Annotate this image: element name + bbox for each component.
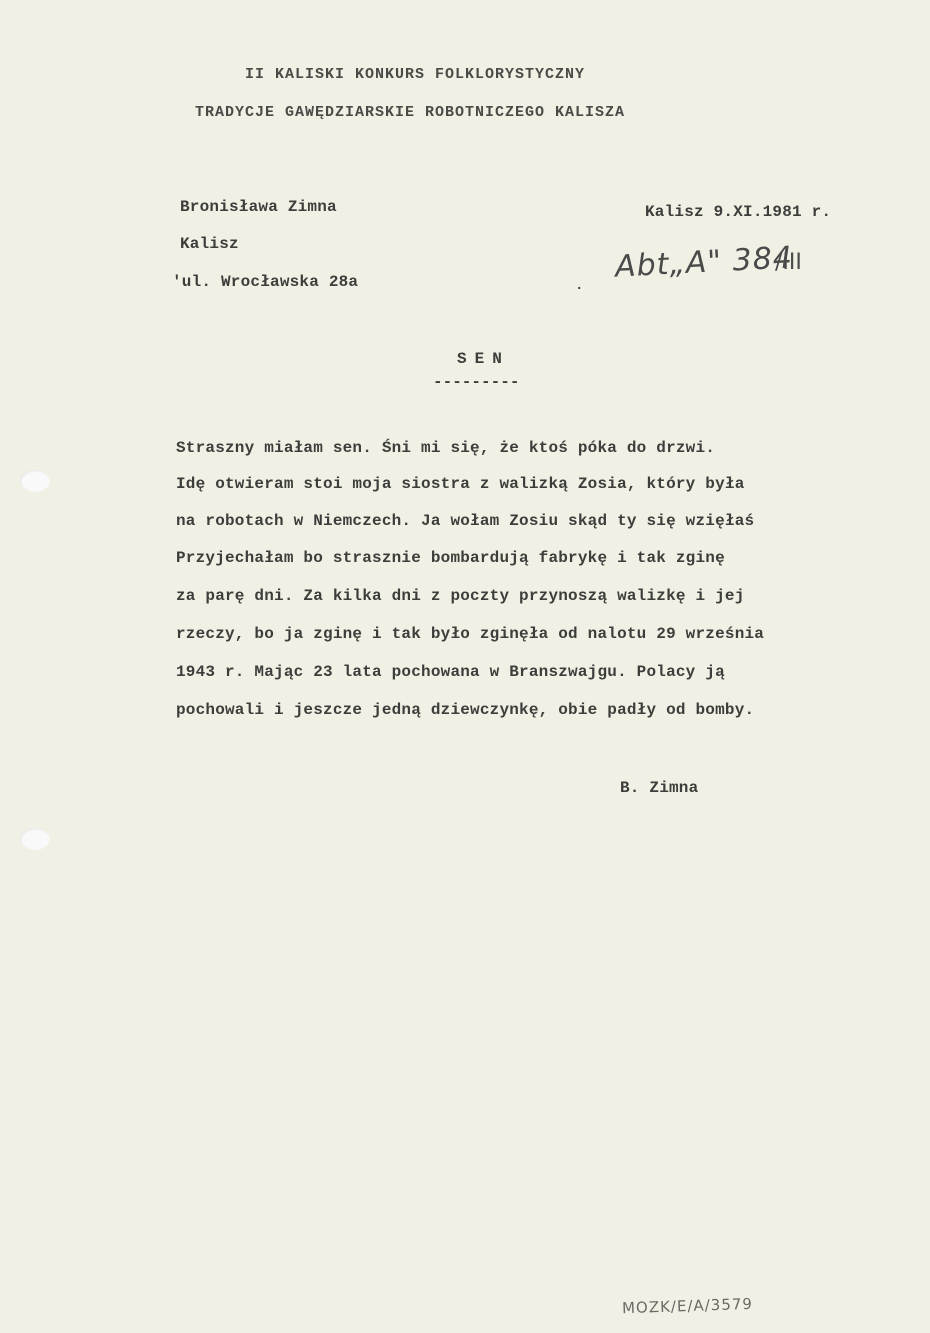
body-line: na robotach w Niemczech. Ja wołam Zosiu … <box>176 512 754 530</box>
sender-name: Bronisława Zimna <box>180 198 337 216</box>
body-line: Przyjechałam bo strasznie bombardują fab… <box>176 549 725 567</box>
header-line-1: II KALISKI KONKURS FOLKLORYSTYCZNY <box>245 66 585 83</box>
punch-hole <box>20 470 50 492</box>
punch-hole <box>20 828 50 850</box>
title-underline: --------- <box>433 373 519 391</box>
body-line: 1943 r. Mając 23 lata pochowana w Bransz… <box>176 663 725 681</box>
body-line: Straszny miałam sen. Śni mi się, że ktoś… <box>176 439 715 457</box>
archive-mark: MOZK/E/A/3579 <box>622 1295 753 1318</box>
sender-city: Kalisz <box>180 235 239 253</box>
stray-dot: . <box>575 278 583 294</box>
body-line: Idę otwieram stoi moja siostra z walizką… <box>176 475 745 493</box>
body-line: rzeczy, bo ja zginę i tak było zginęła o… <box>176 625 764 643</box>
document-page: II KALISKI KONKURS FOLKLORYSTYCZNY TRADY… <box>0 0 930 1333</box>
document-title: SEN <box>457 350 510 368</box>
body-line: pochowali i jeszcze jedną dziewczynkę, o… <box>176 701 754 719</box>
signature: B. Zimna <box>620 779 698 797</box>
handwritten-reference: Abt„A" 384 <box>614 240 794 284</box>
handwritten-fraction: /III <box>775 250 802 275</box>
sender-address: 'ul. Wrocławska 28a <box>172 273 358 291</box>
body-line: za parę dni. Za kilka dni z poczty przyn… <box>176 587 745 605</box>
header-line-2: TRADYCJE GAWĘDZIARSKIE ROBOTNICZEGO KALI… <box>195 104 625 121</box>
document-date: Kalisz 9.XI.1981 r. <box>645 203 831 221</box>
